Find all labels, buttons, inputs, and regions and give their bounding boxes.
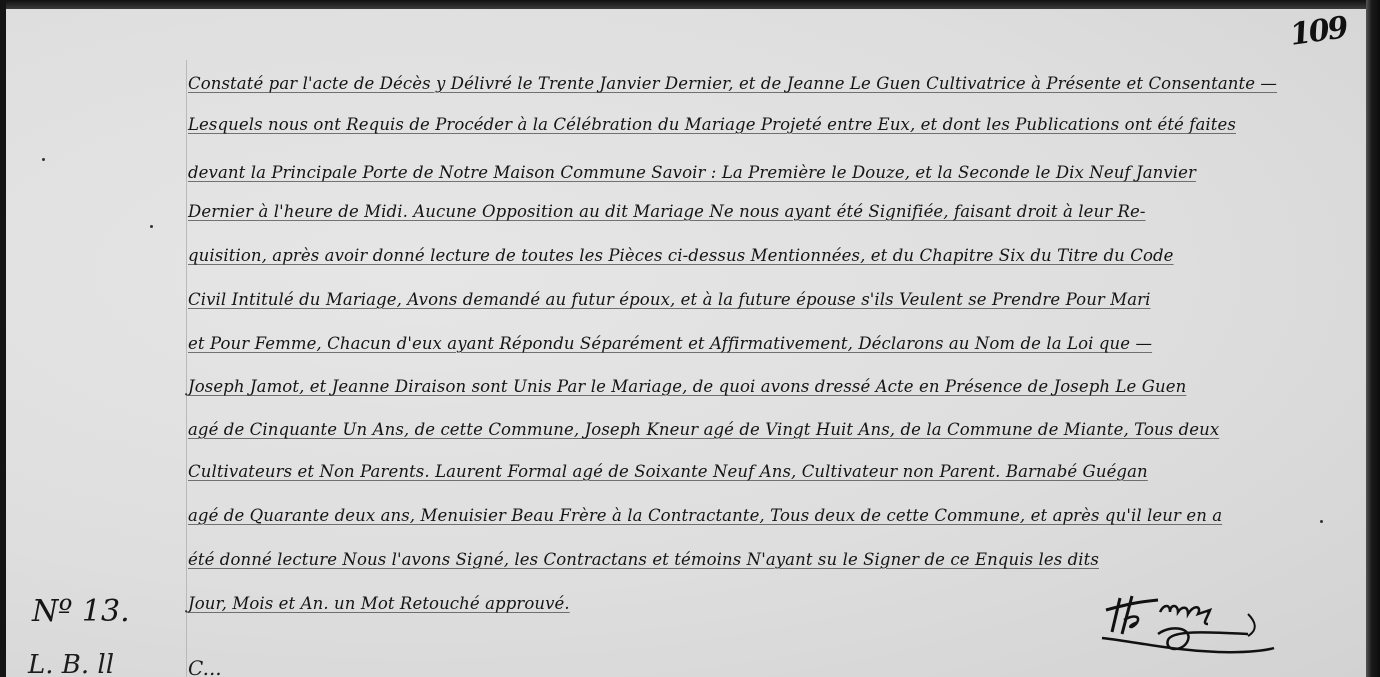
text-line-11: agé de Quarante deux ans, Menuisier Beau… [188, 506, 1338, 525]
scan-right-border-binding [1366, 0, 1380, 677]
text-line-7: et Pour Femme, Chacun d'eux ayant Répond… [188, 334, 1338, 353]
text-line-4: Dernier à l'heure de Midi. Aucune Opposi… [188, 202, 1338, 221]
entry-number: Nº 13. [32, 594, 130, 629]
paper-speck [150, 225, 153, 228]
next-entry-margin-fragment: L. B. ll [28, 650, 114, 677]
signature-flourish-icon: Kneur [1098, 590, 1278, 670]
left-margin-rule [186, 60, 187, 677]
text-line-12: été donné lecture Nous l'avons Signé, le… [188, 550, 1338, 569]
paper-speck [42, 158, 45, 161]
text-line-9: agé de Cinquante Un Ans, de cette Commun… [188, 420, 1338, 439]
text-line-5: quisition, après avoir donné lecture de … [188, 246, 1338, 265]
text-line-3: devant la Principale Porte de Notre Mais… [188, 163, 1338, 182]
scan-left-border [0, 0, 6, 677]
witness-signature: Kneur [1098, 590, 1278, 670]
page-number: 109 [1288, 10, 1349, 53]
text-line-2: Lesquels nous ont Requis de Procéder à l… [188, 115, 1338, 134]
text-line-8: Joseph Jamot, et Jeanne Diraison sont Un… [188, 377, 1338, 396]
text-line-10: Cultivateurs et Non Parents. Laurent For… [188, 462, 1338, 481]
svg-text:Kneur: Kneur [1167, 611, 1172, 613]
text-line-6: Civil Intitulé du Mariage, Avons demandé… [188, 290, 1338, 309]
text-line-1: Constaté par l'acte de Décès y Délivré l… [188, 74, 1338, 93]
next-entry-text-fragment: C... [188, 656, 222, 677]
scan-top-border [0, 0, 1380, 9]
scanned-register-page: 109 Constaté par l'acte de Décès y Déliv… [0, 0, 1380, 677]
